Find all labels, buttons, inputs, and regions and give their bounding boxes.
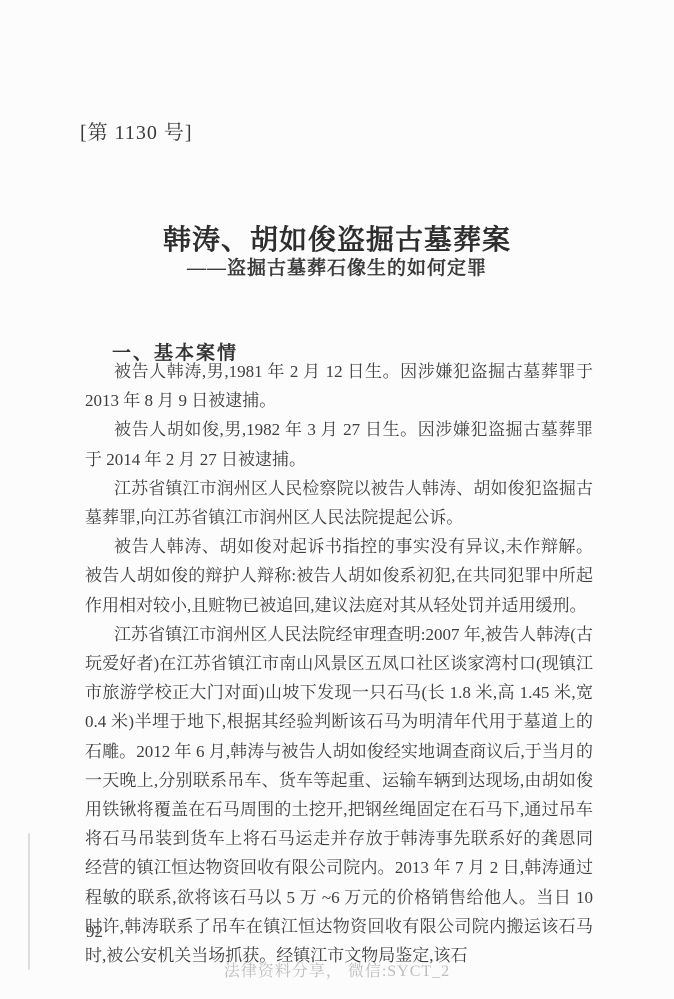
body-paragraph: 江苏省镇江市润州区人民法院经审理查明:2007 年,被告人韩涛(古玩爱好者)在江… xyxy=(85,620,593,970)
body-paragraph: 被告人韩涛,男,1981 年 2 月 12 日生。因涉嫌犯盗掘古墓葬罪于 201… xyxy=(85,357,593,415)
case-title: 韩涛、胡如俊盗掘古墓葬案 xyxy=(0,218,674,258)
scanned-book-page: [第 1130 号] 韩涛、胡如俊盗掘古墓葬案 ——盗掘古墓葬石像生的如何定罪 … xyxy=(0,0,674,999)
sharing-watermark: 法律资料分享， 微信:SYCT_2 xyxy=(0,958,674,981)
body-text-block: 被告人韩涛,男,1981 年 2 月 12 日生。因涉嫌犯盗掘古墓葬罪于 201… xyxy=(85,357,593,970)
body-paragraph: 被告人韩涛、胡如俊对起诉书指控的事实没有异议,未作辩解。被告人胡如俊的辩护人辩称… xyxy=(85,532,593,620)
body-paragraph: 被告人胡如俊,男,1982 年 3 月 27 日生。因涉嫌犯盗掘古墓葬罪于 20… xyxy=(85,415,593,473)
body-paragraph: 江苏省镇江市润州区人民检察院以被告人韩涛、胡如俊犯盗掘古墓葬罪,向江苏省镇江市润… xyxy=(85,474,593,532)
page-number: 92 xyxy=(86,922,103,942)
case-number: [第 1130 号] xyxy=(80,116,193,145)
page-gutter-line xyxy=(28,833,30,970)
case-subtitle: ——盗掘古墓葬石像生的如何定罪 xyxy=(0,253,674,280)
